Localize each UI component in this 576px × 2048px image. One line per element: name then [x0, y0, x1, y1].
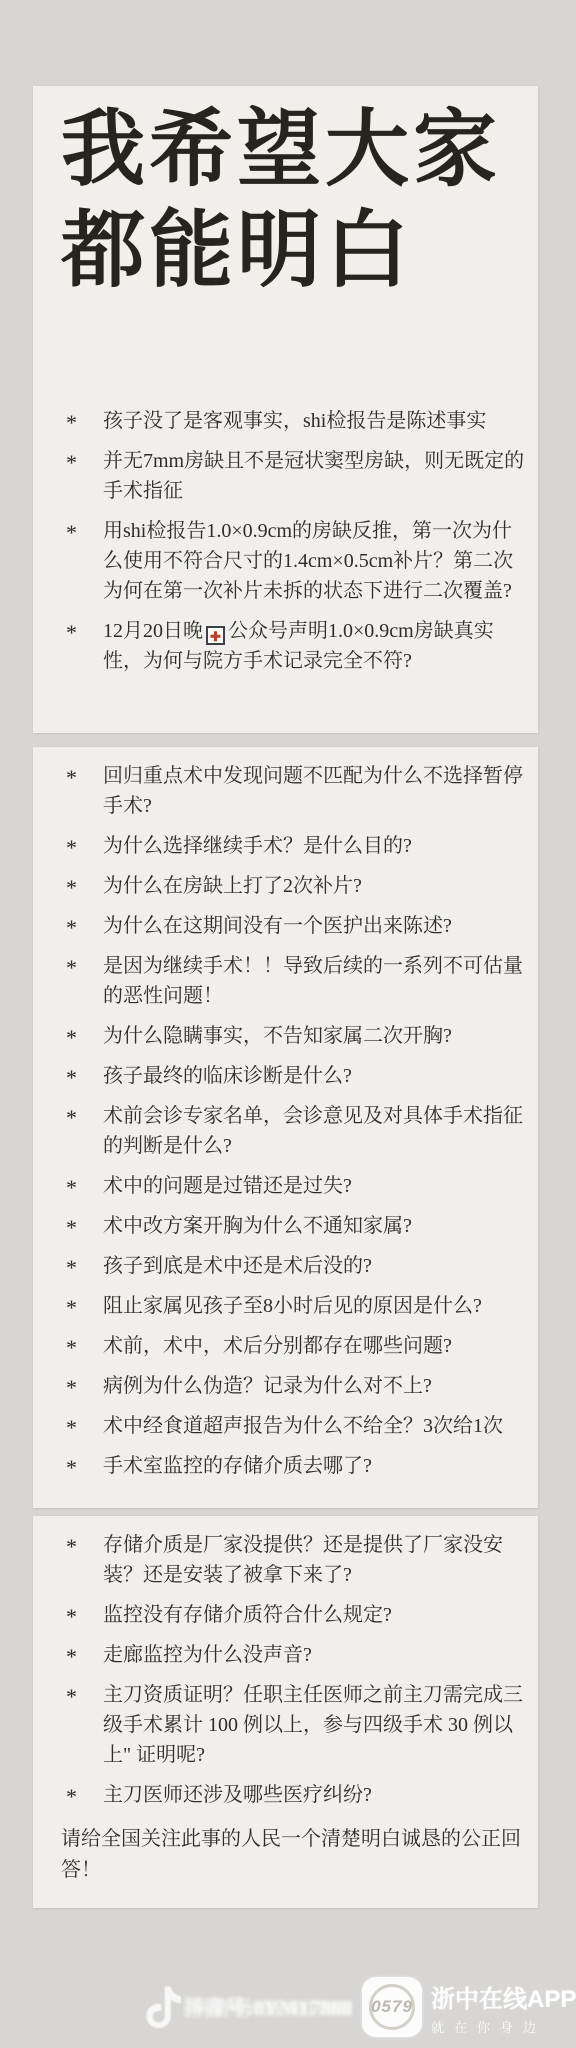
- question-text: 为什么在房缺上打了2次补片?: [103, 875, 362, 897]
- question-item: *术前会诊专家名单，会诊意见及对具体手术指征的判断是什么?: [61, 1101, 526, 1161]
- question-text: 为什么选择继续手术？是什么目的?: [103, 835, 412, 857]
- question-item: *为什么选择继续手术？是什么目的?: [61, 831, 526, 861]
- asterisk-bullet: *: [66, 1173, 77, 1203]
- question-item: *为什么在这期间没有一个医护出来陈述?: [61, 911, 526, 941]
- asterisk-bullet: *: [66, 448, 77, 478]
- asterisk-bullet: *: [66, 1333, 77, 1363]
- question-item: *主刀医师还涉及哪些医疗纠纷?: [61, 1780, 526, 1810]
- question-text: 孩子到底是术中还是术后没的?: [103, 1255, 372, 1277]
- title-line-1: 我希望大家: [61, 104, 501, 197]
- asterisk-bullet: *: [66, 873, 77, 903]
- question-text: 主刀医师还涉及哪些医疗纠纷?: [103, 1784, 372, 1806]
- question-item: *存储介质是厂家没提供？还是提供了厂家没安装？还是安装了被拿下来了?: [61, 1530, 526, 1590]
- app-slogan-label: 就在你身边: [431, 2017, 576, 2036]
- title-line-2: 都能明白: [61, 205, 413, 298]
- question-item: *病例为什么伪造？记录为什么对不上?: [61, 1371, 526, 1401]
- hospital-logo-icon: ✚: [206, 626, 225, 645]
- question-list-1: *孩子没了是客观事实，shi检报告是陈述事实*并无7mm房缺且不是冠状窦型房缺，…: [33, 406, 538, 676]
- asterisk-bullet: *: [66, 1682, 77, 1712]
- question-item: *阻止家属见孩子至8小时后见的原因是什么?: [61, 1291, 526, 1321]
- app-text-block: 浙中在线APP 就在你身边: [431, 1979, 576, 2036]
- question-item: *孩子最终的临床诊断是什么?: [61, 1061, 526, 1091]
- asterisk-bullet: *: [66, 1532, 77, 1562]
- asterisk-bullet: *: [66, 1373, 77, 1403]
- question-text: 并无7mm房缺且不是冠状窦型房缺，则无既定的手术指征: [103, 450, 524, 502]
- question-list-3: *存储介质是厂家没提供？还是提供了厂家没安装？还是安装了被拿下来了?*监控没有存…: [33, 1516, 538, 1810]
- asterisk-bullet: *: [66, 618, 77, 648]
- question-item: *孩子到底是术中还是术后没的?: [61, 1251, 526, 1281]
- question-text: 存储介质是厂家没提供？还是提供了厂家没安装？还是安装了被拿下来了?: [103, 1534, 503, 1586]
- question-text: 是因为继续手术！！导致后续的一系列不可估量的恶性问题！: [103, 955, 523, 1007]
- question-item: *12月20日晚✚公众号声明1.0×0.9cm房缺真实性，为何与院方手术记录完全…: [61, 616, 526, 676]
- watermark-bar: 抖音号:8YM178889 0579 浙中在线APP 就在你身边: [146, 1974, 576, 2040]
- card-question-section-2: *回归重点术中发现问题不匹配为什么不选择暂停手术?*为什么选择继续手术？是什么目…: [33, 747, 538, 1508]
- asterisk-bullet: *: [66, 1602, 77, 1632]
- asterisk-bullet: *: [66, 1453, 77, 1483]
- asterisk-bullet: *: [66, 1253, 77, 1283]
- question-text: 走廊监控为什么没声音?: [103, 1644, 312, 1666]
- asterisk-bullet: *: [66, 953, 77, 983]
- asterisk-bullet: *: [66, 1023, 77, 1053]
- asterisk-bullet: *: [66, 1063, 77, 1093]
- douyin-note-icon: [146, 1985, 182, 2029]
- question-text: 阻止家属见孩子至8小时后见的原因是什么?: [103, 1295, 482, 1317]
- question-text: 术前会诊专家名单，会诊意见及对具体手术指征的判断是什么?: [103, 1105, 523, 1157]
- question-item: *为什么在房缺上打了2次补片?: [61, 871, 526, 901]
- question-text: 为什么隐瞒事实，不告知家属二次开胸?: [103, 1025, 452, 1047]
- asterisk-bullet: *: [66, 763, 77, 793]
- asterisk-bullet: *: [66, 913, 77, 943]
- question-item: *用shi检报告1.0×0.9cm的房缺反推，第一次为什么使用不符合尺寸的1.4…: [61, 516, 526, 606]
- question-item: *孩子没了是客观事实，shi检报告是陈述事实: [61, 406, 526, 436]
- question-item: *术中经食道超声报告为什么不给全？3次给1次: [61, 1411, 526, 1441]
- question-item: *手术室监控的存储介质去哪了?: [61, 1451, 526, 1481]
- asterisk-bullet: *: [66, 1413, 77, 1443]
- question-item: *并无7mm房缺且不是冠状窦型房缺，则无既定的手术指征: [61, 446, 526, 506]
- app-badge-icon: 0579: [362, 1977, 422, 2037]
- badge-0579-label: 0579: [369, 1984, 415, 2030]
- question-text: 监控没有存储介质符合什么规定?: [103, 1604, 392, 1626]
- question-item: *主刀资质证明？任职主任医师之前主刀需完成三级手术累计 100 例以上，参与四级…: [61, 1680, 526, 1770]
- question-item: *回归重点术中发现问题不匹配为什么不选择暂停手术?: [61, 761, 526, 821]
- douyin-id-watermark: 抖音号:8YM178889: [184, 1992, 352, 2022]
- app-name-label: 浙中在线APP: [431, 1979, 576, 2014]
- question-item: *术中的问题是过错还是过失?: [61, 1171, 526, 1201]
- closing-appeal-text: 请给全国关注此事的人民一个清楚明白诚恳的公正回答！: [33, 1824, 538, 1886]
- question-text: 术中的问题是过错还是过失?: [103, 1175, 352, 1197]
- question-text: 为什么在这期间没有一个医护出来陈述?: [103, 915, 452, 937]
- question-text: 孩子没了是客观事实，shi检报告是陈述事实: [103, 410, 486, 432]
- asterisk-bullet: *: [66, 408, 77, 438]
- asterisk-bullet: *: [66, 833, 77, 863]
- asterisk-bullet: *: [66, 518, 77, 548]
- question-item: *走廊监控为什么没声音?: [61, 1640, 526, 1670]
- question-text: 回归重点术中发现问题不匹配为什么不选择暂停手术?: [103, 765, 523, 817]
- poster-image: 我希望大家都能明白 *孩子没了是客观事实，shi检报告是陈述事实*并无7mm房缺…: [0, 0, 576, 2048]
- question-item: *术前，术中，术后分别都存在哪些问题?: [61, 1331, 526, 1361]
- question-text: 病例为什么伪造？记录为什么对不上?: [103, 1375, 432, 1397]
- asterisk-bullet: *: [66, 1642, 77, 1672]
- asterisk-bullet: *: [66, 1782, 77, 1812]
- card-question-section-3: *存储介质是厂家没提供？还是提供了厂家没安装？还是安装了被拿下来了?*监控没有存…: [33, 1516, 538, 1908]
- question-text: 主刀资质证明？任职主任医师之前主刀需完成三级手术累计 100 例以上，参与四级手…: [103, 1684, 523, 1766]
- question-item: *是因为继续手术！！导致后续的一系列不可估量的恶性问题！: [61, 951, 526, 1011]
- question-text: 孩子最终的临床诊断是什么?: [103, 1065, 352, 1087]
- question-item: *术中改方案开胸为什么不通知家属?: [61, 1211, 526, 1241]
- question-item: *为什么隐瞒事实，不告知家属二次开胸?: [61, 1021, 526, 1051]
- asterisk-bullet: *: [66, 1103, 77, 1133]
- question-item: *监控没有存储介质符合什么规定?: [61, 1600, 526, 1630]
- page-title: 我希望大家都能明白: [33, 86, 538, 302]
- asterisk-bullet: *: [66, 1293, 77, 1323]
- card-title-section: 我希望大家都能明白 *孩子没了是客观事实，shi检报告是陈述事实*并无7mm房缺…: [33, 86, 538, 733]
- question-text: 术前，术中，术后分别都存在哪些问题?: [103, 1335, 452, 1357]
- asterisk-bullet: *: [66, 1213, 77, 1243]
- question-text: 术中改方案开胸为什么不通知家属?: [103, 1215, 412, 1237]
- question-text: 用shi检报告1.0×0.9cm的房缺反推，第一次为什么使用不符合尺寸的1.4c…: [103, 520, 513, 602]
- question-list-2: *回归重点术中发现问题不匹配为什么不选择暂停手术?*为什么选择继续手术？是什么目…: [33, 747, 538, 1481]
- question-text: 12月20日晚✚公众号声明1.0×0.9cm房缺真实性，为何与院方手术记录完全不…: [103, 620, 494, 672]
- question-text: 术中经食道超声报告为什么不给全？3次给1次: [103, 1415, 503, 1437]
- question-text: 手术室监控的存储介质去哪了?: [103, 1455, 372, 1477]
